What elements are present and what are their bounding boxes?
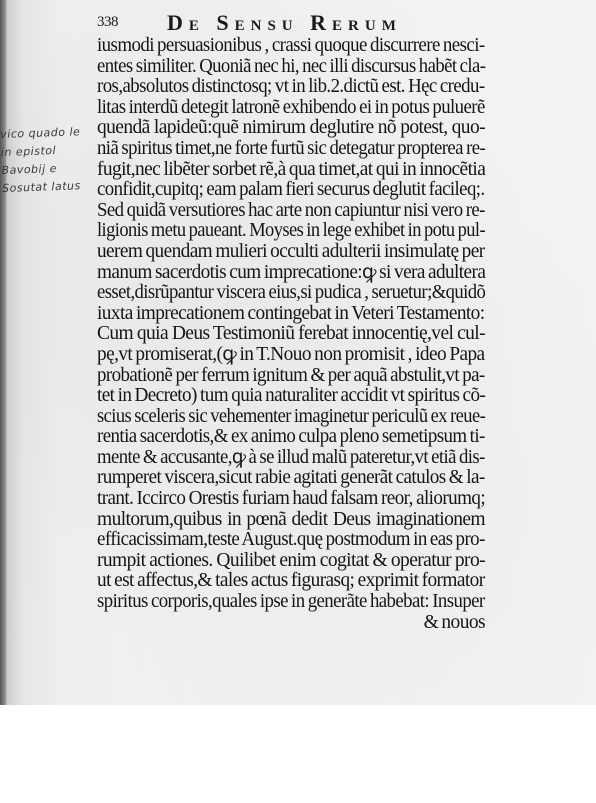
text-line: ut est affectus,& tales actus figurasq; … <box>97 571 482 592</box>
catchword: & nouos <box>97 613 485 634</box>
text-line: manum sacerdotis cum imprecatione:ꝙ si v… <box>97 263 480 284</box>
text-line: ligionis metu paueant. Moyses in lege ex… <box>97 221 464 242</box>
scanned-page: 338 De Sensu Rerum vico quado le in epis… <box>0 0 596 705</box>
text-line: rentia sacerdotis,& ex animo culpa pleno… <box>97 427 473 448</box>
handwritten-marginalia: vico quado le in epistol Bavobij e Sosut… <box>0 123 102 198</box>
text-line: entes similiter. Quoniã nec hi, nec illi… <box>97 57 470 78</box>
text-line: confidit,cupitq; eam palam fieri securus… <box>97 180 471 201</box>
running-title: De Sensu Rerum <box>167 10 402 36</box>
text-line: Sed quidã versutiores hac arte non capiu… <box>97 201 471 222</box>
text-line: rumpit actiones. Quilibet enim cogitat &… <box>97 551 485 572</box>
text-line: pę,vt promiserat,(ꝙ in T.Nouo non promis… <box>97 345 482 366</box>
text-line: fugit,nec libẽter sorbet rẽ,à qua timet,… <box>97 160 484 181</box>
page-header: 338 De Sensu Rerum <box>97 10 497 34</box>
binding-gutter-shadow <box>0 0 6 705</box>
text-line: rumperet viscera,sicut rabie agitati gen… <box>97 468 477 489</box>
text-line: mente & accusante,ꝙ à se illud malũ pate… <box>97 448 470 469</box>
text-line: iusmodi persuasionibus , crassi quoque d… <box>97 36 473 57</box>
text-line: efficacissimam,teste August.quę postmodu… <box>97 530 474 551</box>
text-line: esset,disrũpantur viscera eius,si pudica… <box>97 283 469 304</box>
text-line: trant. Iccirco Orestis furiam haud falsa… <box>97 489 477 510</box>
text-line: iuxta imprecationem contingebat in Veter… <box>97 304 482 325</box>
text-line: quendã lapideũ:quẽ nimirum deglutire nõ … <box>97 118 485 139</box>
text-line: scius sceleris sic vehementer imaginetur… <box>97 407 465 428</box>
text-line: Cum quia Deus Testimoniũ ferebat innocen… <box>97 324 485 345</box>
text-line: multorum,quibus in pœnã dedit Deus imagi… <box>97 510 485 531</box>
body-text: iusmodi persuasionibus , crassi quoque d… <box>97 36 485 633</box>
text-line: uerem quendam mulieri occulti adulterii … <box>97 242 481 263</box>
page-number: 338 <box>97 14 118 31</box>
text-line: niã spiritus timet,ne forte furtũ sic de… <box>97 139 471 160</box>
text-line: litas interdũ detegit latronẽ exhibendo … <box>97 98 471 119</box>
marginalia-line: Sosutat latus <box>2 176 103 197</box>
text-line: tet in Decreto) tum quia naturaliter acc… <box>97 386 478 407</box>
text-line: probationẽ per ferrum ignitum & per aquã… <box>97 366 474 387</box>
text-line: spiritus corporis,quales ipse in generãt… <box>97 592 471 613</box>
text-line: ros,absolutos distinctosq; vt in lib.2.d… <box>97 77 472 98</box>
